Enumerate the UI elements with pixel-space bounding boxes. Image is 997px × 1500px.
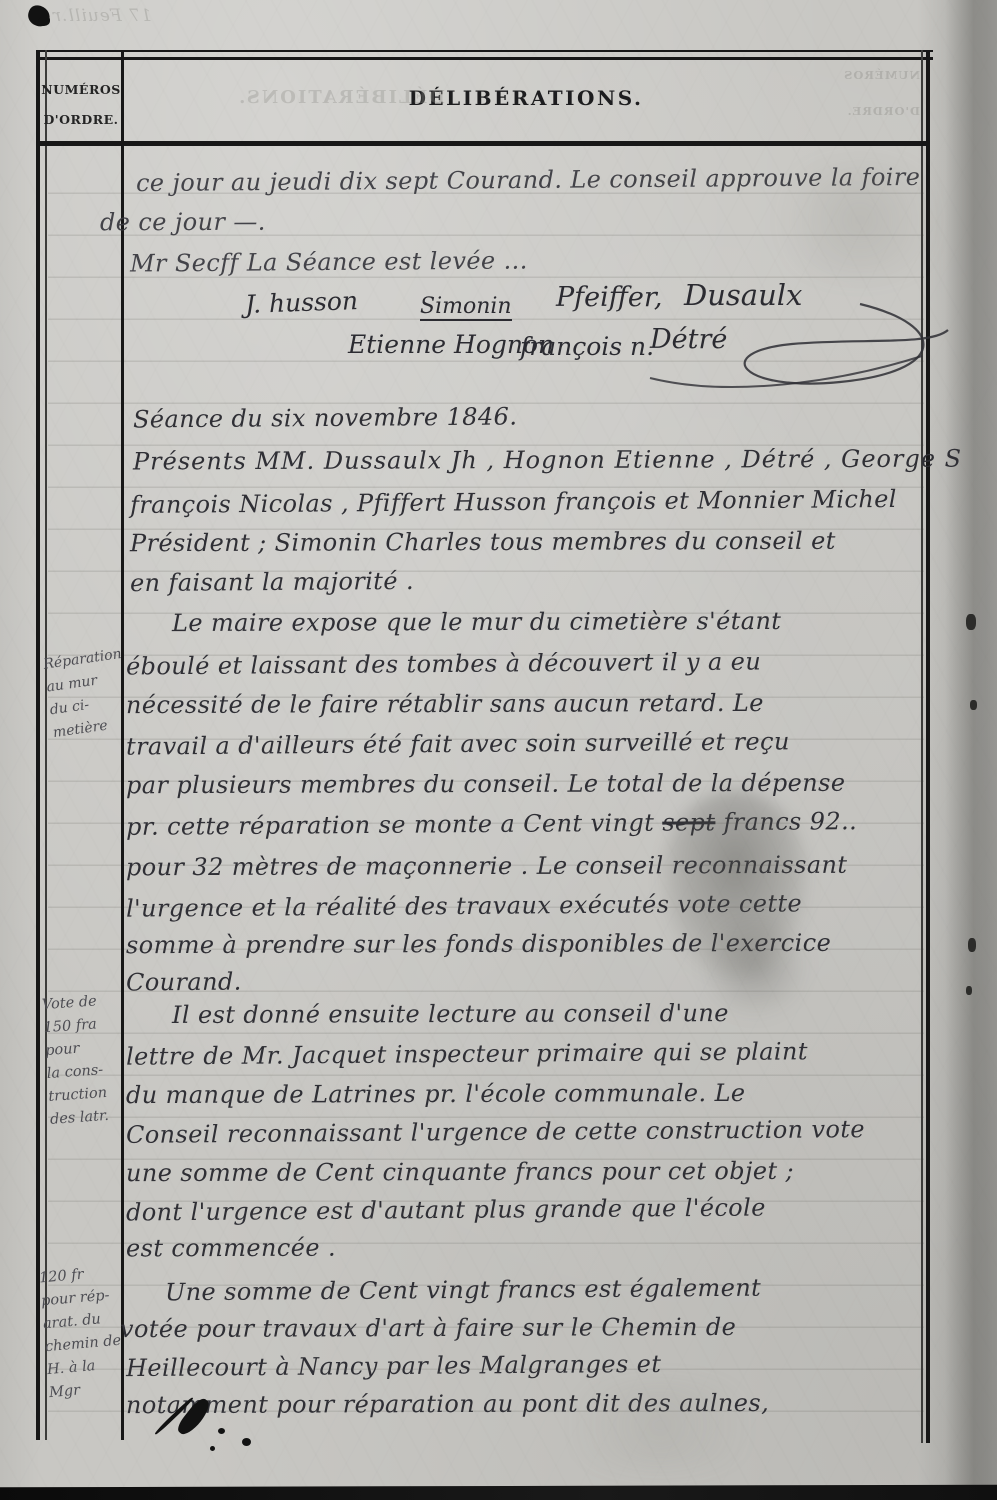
manuscript-line: de ce jour —.	[100, 208, 266, 237]
manuscript-line: Heillecourt à Nancy par les Malgranges e…	[126, 1350, 662, 1382]
manuscript-line: somme à prendre sur les fonds disponible…	[126, 929, 831, 959]
ghost-numeros-showthrough: NUMÉROS	[848, 68, 920, 82]
manuscript-line: Présents MM. Dussaulx Jh , Hognon Etienn…	[133, 445, 962, 476]
manuscript-line: françois Nicolas , Pfiffert Husson franç…	[130, 485, 897, 519]
ink-dot	[242, 1438, 251, 1446]
scan-bottom-edge	[0, 1485, 997, 1500]
struck-word: sept	[662, 808, 715, 836]
manuscript-line: Courand.	[126, 968, 242, 997]
margin-note-line: 150 fra	[43, 1013, 103, 1040]
amount-text: francs 92..	[715, 807, 857, 836]
page-edge-mark	[966, 614, 976, 630]
signature-husson: J. husson	[245, 286, 359, 319]
manuscript-line: en faisant la majorité .	[130, 567, 414, 597]
manuscript-line: Président ; Simonin Charles tous membres…	[130, 527, 836, 557]
signature-simonin: Simonin	[420, 294, 512, 321]
frame-top-inner-rule	[36, 57, 933, 60]
margin-note-latrines: Vote de 150 fra pour la cons- truction d…	[41, 990, 109, 1132]
frame-right-inner-rule	[921, 50, 923, 1443]
page-edge-mark	[970, 700, 977, 710]
header-separator-rule	[36, 141, 930, 146]
manuscript-line: notamment pour réparation au pont dit de…	[126, 1389, 769, 1419]
manuscript-line: lettre de Mr. Jacquet inspecteur primair…	[126, 1037, 808, 1070]
manuscript-line: Le maire expose que le mur du cimetière …	[172, 607, 781, 637]
margin-note-cemetery: Réparation au mur du ci- metière	[42, 643, 133, 745]
order-column-header-line2: D'ORDRE.	[40, 112, 122, 127]
manuscript-line: Conseil reconnaissant l'urgence de cette…	[126, 1115, 865, 1149]
frame-left-inner-rule	[45, 50, 47, 1440]
manuscript-line: dont l'urgence est d'autant plus grande …	[126, 1193, 766, 1226]
scanned-register-page: { "header": { "column_label_line1": "NUM…	[0, 0, 997, 1500]
frame-left-outer-rule	[36, 50, 40, 1440]
order-column-header-line1: NUMÉROS	[40, 82, 122, 97]
manuscript-line: nécessité de le faire rétablir sans aucu…	[126, 689, 764, 719]
signature-flourish	[530, 286, 960, 426]
frame-top-outer-rule	[36, 50, 933, 52]
manuscript-line: travail a d'ailleurs été fait avec soin …	[126, 727, 790, 760]
manuscript-line: Une somme de Cent vingt francs est égale…	[165, 1274, 761, 1307]
manuscript-line: éboulé et laissant des tombes à découver…	[126, 648, 761, 681]
ink-dot	[210, 1446, 215, 1451]
page-edge-mark	[968, 938, 976, 952]
margin-note-line: des latr.	[49, 1105, 109, 1132]
ghost-folio-showthrough: 17 Feuill.r	[52, 6, 152, 26]
manuscript-line: Mr Secff La Séance est levée ...	[130, 246, 528, 277]
amount-text: pr. cette réparation se monte a Cent vin…	[126, 809, 662, 841]
manuscript-line: Il est donné ensuite lecture au conseil …	[172, 999, 729, 1029]
manuscript-line-amount: pr. cette réparation se monte a Cent vin…	[126, 807, 857, 841]
page-edge-mark	[966, 986, 972, 995]
manuscript-line: par plusieurs membres du conseil. Le tot…	[126, 769, 846, 800]
ink-blot-corner-satellite	[38, 16, 50, 26]
ink-dot	[218, 1428, 225, 1434]
page-title: DÉLIBÉRATIONS.	[122, 86, 930, 110]
manuscript-line: pour 32 mètres de maçonnerie . Le consei…	[126, 851, 847, 882]
manuscript-line: est commencée .	[126, 1234, 336, 1263]
manuscript-line: l'urgence et la réalité des travaux exéc…	[126, 889, 802, 922]
frame-right-outer-rule	[926, 50, 930, 1443]
order-column-rule	[121, 50, 124, 1440]
manuscript-line: ce jour au jeudi dix sept Courand. Le co…	[136, 163, 920, 197]
manuscript-line: votée pour travaux d'art à faire sur le …	[120, 1313, 736, 1343]
manuscript-line: une somme de Cent cinquante francs pour …	[126, 1157, 794, 1187]
margin-note-road: 120 fr pour rép- arat. du chemin de H. à…	[38, 1261, 126, 1405]
page-edge-shadow	[945, 0, 997, 1500]
manuscript-line: du manque de Latrines pr. l'école commun…	[126, 1079, 746, 1109]
manuscript-line: Séance du six novembre 1846.	[133, 402, 518, 433]
